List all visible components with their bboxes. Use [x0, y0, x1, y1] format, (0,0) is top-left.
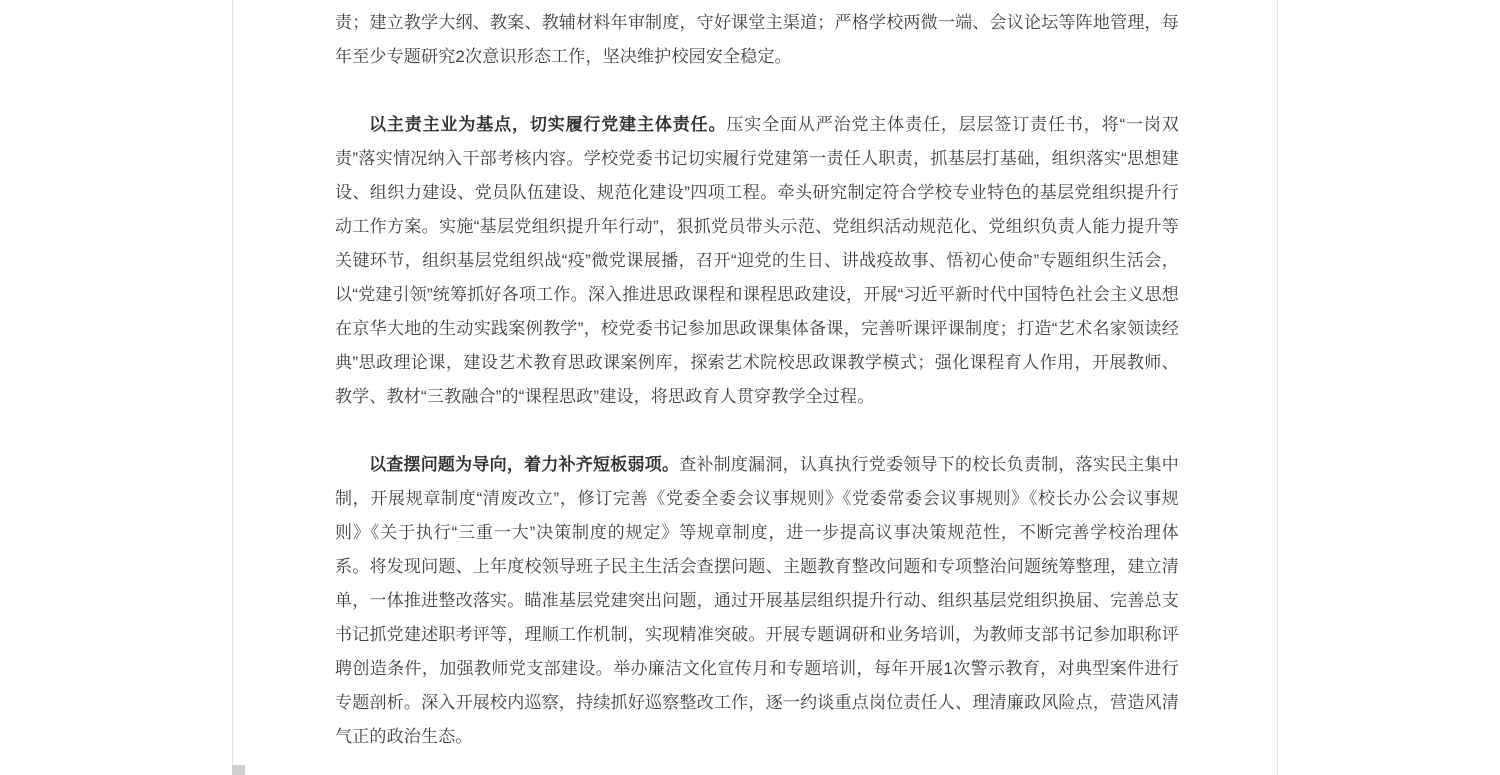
paragraph: 以查摆问题为导向，着力补齐短板弱项。查补制度漏洞，认真执行党委领导下的校长负责制…: [335, 448, 1179, 754]
document-body: 责；建立教学大纲、教案、教辅材料年审制度，守好课堂主渠道；严格学校两微一端、会议…: [335, 6, 1179, 754]
paragraph-body: 压实全面从严治党主体责任，层层签订责任书，将“一岗双责”落实情况纳入干部考核内容…: [335, 115, 1179, 406]
paragraph: 责；建立教学大纲、教案、教辅材料年审制度，守好课堂主渠道；严格学校两微一端、会议…: [335, 6, 1179, 74]
paragraph-body: 责；建立教学大纲、教案、教辅材料年审制度，守好课堂主渠道；严格学校两微一端、会议…: [335, 13, 1179, 66]
paragraph-lead-bold: 以主责主业为基点，切实履行党建主体责任。: [369, 115, 726, 134]
document-viewport: 责；建立教学大纲、教案、教辅材料年审制度，守好课堂主渠道；严格学校两微一端、会议…: [0, 0, 1500, 775]
paragraph: 以主责主业为基点，切实履行党建主体责任。压实全面从严治党主体责任，层层签订责任书…: [335, 108, 1179, 414]
document-page: 责；建立教学大纲、教案、教辅材料年审制度，守好课堂主渠道；严格学校两微一端、会议…: [232, 0, 1278, 775]
paragraph-lead-bold: 以查摆问题为导向，着力补齐短板弱项。: [369, 455, 679, 474]
paragraph-body: 查补制度漏洞，认真执行党委领导下的校长负责制，落实民主集中制，开展规章制度“清废…: [335, 455, 1179, 746]
page-gap-corner: [232, 765, 245, 775]
